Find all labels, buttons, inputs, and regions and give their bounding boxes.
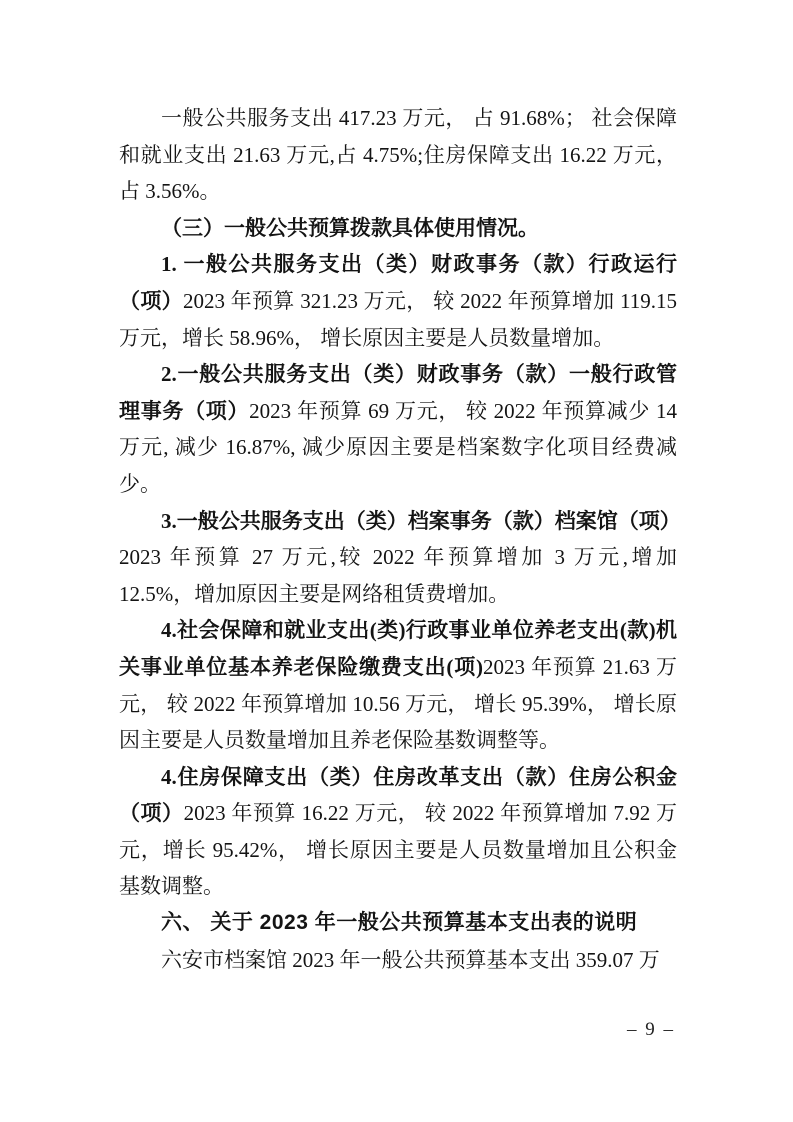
heading-section-six: 六、 关于 2023 年一般公共预算基本支出表的说明 <box>119 905 677 942</box>
paragraph-budget-overview: 一般公共服务支出 417.23 万元， 占 91.68%； 社会保障和就业支出 … <box>119 100 677 210</box>
heading-text: （三）一般公共预算拨款具体使用情况。 <box>161 216 539 240</box>
item-3-rest: 2023 年预算 27 万元,较 2022 年预算增加 3 万元,增加 12.5… <box>119 545 677 606</box>
item-5-rest: 2023 年预算 16.22 万元， 较 2022 年预算增加 7.92 万元，… <box>119 801 677 898</box>
paragraph-item-1: 1. 一般公共服务支出（类）财政事务（款）行政运行（项）2023 年预算 321… <box>119 246 677 356</box>
paragraph-text: 一般公共服务支出 417.23 万元， 占 91.68%； 社会保障和就业支出 … <box>119 106 677 203</box>
page-number: – 9 – <box>627 1015 675 1045</box>
paragraph-basic-expenditure: 六安市档案馆 2023 年一般公共预算基本支出 359.07 万 <box>119 942 677 979</box>
item-3-lead: 3.一般公共服务支出（类）档案事务（款）档案馆（项） <box>161 509 681 533</box>
paragraph-text: 六安市档案馆 2023 年一般公共预算基本支出 359.07 万 <box>161 948 660 972</box>
heading-text: 六、 关于 2023 年一般公共预算基本支出表的说明 <box>161 911 637 934</box>
paragraph-item-2: 2.一般公共服务支出（类）财政事务（款）一般行政管理事务（项）2023 年预算 … <box>119 356 677 502</box>
heading-section-three: （三）一般公共预算拨款具体使用情况。 <box>119 210 677 247</box>
paragraph-item-4: 4.社会保障和就业支出(类)行政事业单位养老支出(款)机关事业单位基本养老保险缴… <box>119 612 677 758</box>
paragraph-item-5: 4.住房保障支出（类）住房改革支出（款）住房公积金（项）2023 年预算 16.… <box>119 759 677 905</box>
paragraph-item-3: 3.一般公共服务支出（类）档案事务（款）档案馆（项）2023 年预算 27 万元… <box>119 503 677 613</box>
document-body: 一般公共服务支出 417.23 万元， 占 91.68%； 社会保障和就业支出 … <box>119 100 677 978</box>
item-1-rest: 2023 年预算 321.23 万元， 较 2022 年预算增加 119.15 … <box>119 289 677 350</box>
document-page: 一般公共服务支出 417.23 万元， 占 91.68%； 社会保障和就业支出 … <box>0 0 793 1122</box>
